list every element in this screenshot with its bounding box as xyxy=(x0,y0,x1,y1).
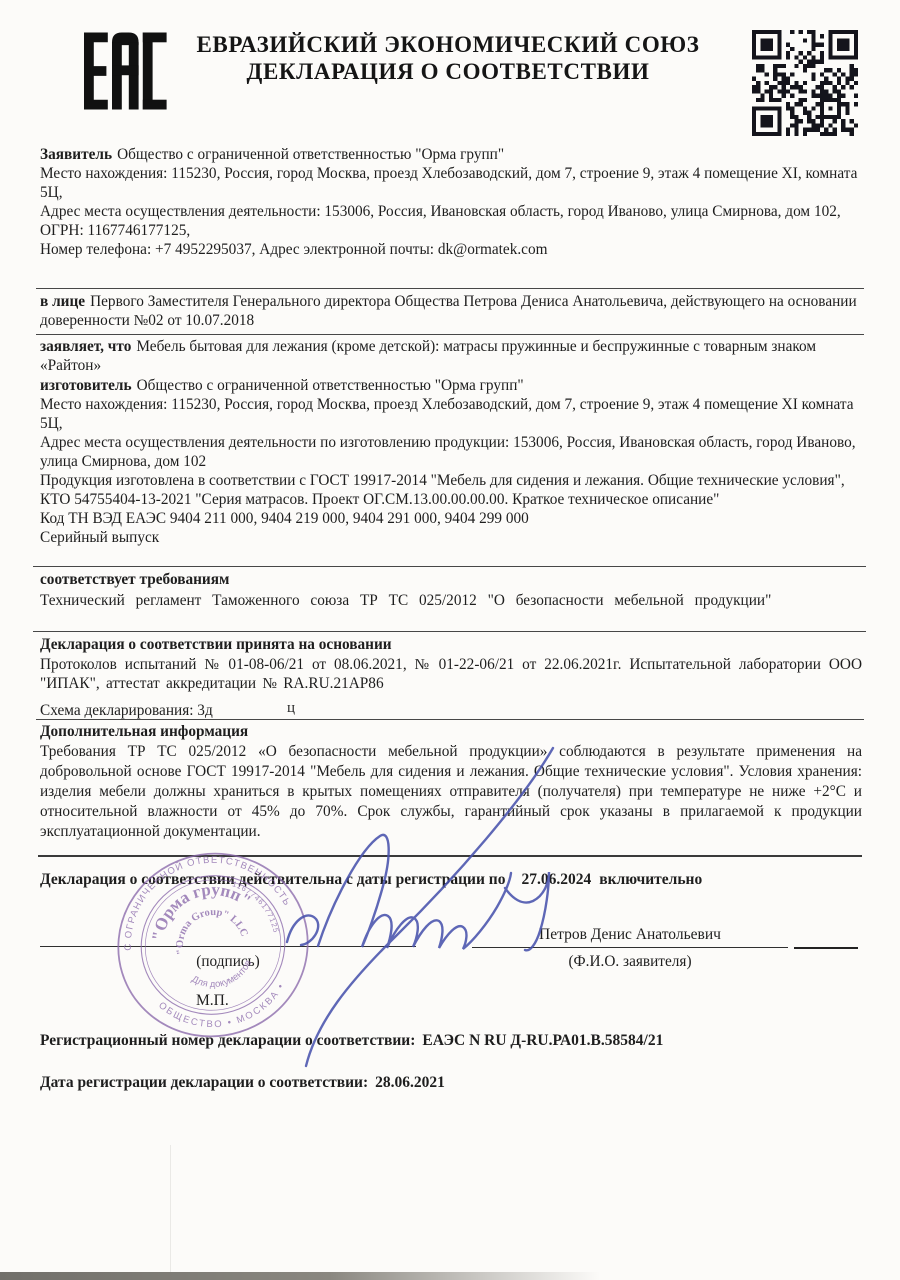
basis-heading: Декларация о соответствии принята на осн… xyxy=(40,635,862,654)
name-underline xyxy=(472,947,788,948)
representative-line: в лицеПервого Заместителя Генерального д… xyxy=(40,292,862,330)
registration-number: ЕАЭС N RU Д-RU.РА01.В.58584/21 xyxy=(422,1032,663,1049)
qr-code xyxy=(752,30,858,136)
applicant-label: Заявитель xyxy=(40,146,112,163)
validity-text: Декларация о соответствии действительна … xyxy=(40,871,505,888)
divider-rule xyxy=(36,288,864,289)
compliance-text: Технический регламент Таможенного союза … xyxy=(40,591,862,610)
page-title: ЕВРАЗИЙСКИЙ ЭКОНОМИЧЕСКИЙ СОЮЗ ДЕКЛАРАЦИ… xyxy=(168,31,728,85)
applicant-line: ЗаявительОбщество с ограниченной ответст… xyxy=(40,145,862,164)
validity-line: Декларация о соответствии действительна … xyxy=(40,871,862,889)
manufacturer-address: Место нахождения: 115230, Россия, город … xyxy=(40,395,862,433)
declares-line: заявляет, чтоМебель бытовая для лежания … xyxy=(40,337,862,375)
divider-rule xyxy=(33,631,866,632)
validity-tail: включительно xyxy=(599,871,702,888)
scheme-line: Схема декларирования: 3д xyxy=(40,701,862,720)
manufacturer-tnved: Код ТН ВЭД ЕАЭС 9404 211 000, 9404 219 0… xyxy=(40,509,862,528)
scan-edge-shadow xyxy=(0,1272,600,1280)
manufacturer-label: изготовитель xyxy=(40,377,132,394)
manufacturer-gost: Продукция изготовлена в соответствии с Г… xyxy=(40,471,862,509)
registration-date-label: Дата регистрации декларации о соответств… xyxy=(40,1074,368,1091)
representative-section: в лицеПервого Заместителя Генерального д… xyxy=(40,292,862,330)
registration-number-label: Регистрационный номер декларации о соотв… xyxy=(40,1032,415,1049)
applicant-address: Место нахождения: 115230, Россия, город … xyxy=(40,164,862,202)
declarant-name: Петров Денис Анатольевич xyxy=(470,926,790,944)
validity-date: 27.06.2024 xyxy=(521,871,591,888)
manufacturer-name: Общество с ограниченной ответственностью… xyxy=(137,377,524,394)
title-line-2: ДЕКЛАРАЦИЯ О СООТВЕТСТВИИ xyxy=(168,58,728,85)
name-underline-segment xyxy=(794,947,858,949)
compliance-heading: соответствует требованиям xyxy=(40,570,862,589)
stray-mark: ц xyxy=(287,700,295,717)
manufacturer-release: Серийный выпуск xyxy=(40,528,862,547)
applicant-ogrn: ОГРН: 1167746177125, xyxy=(40,221,862,240)
applicant-contacts: Номер телефона: +7 4952295037, Адрес эле… xyxy=(40,240,862,259)
manufacturer-section: изготовительОбщество с ограниченной отве… xyxy=(40,376,862,547)
additional-text: Требования ТР ТС 025/2012 «О безопасност… xyxy=(40,742,862,842)
divider-rule xyxy=(38,855,862,857)
signature-line xyxy=(40,946,416,947)
divider-rule xyxy=(33,566,866,567)
representative-text: Первого Заместителя Генерального директо… xyxy=(40,293,857,329)
additional-heading: Дополнительная информация xyxy=(40,722,862,741)
applicant-name: Общество с ограниченной ответственностью… xyxy=(117,146,504,163)
divider-rule xyxy=(36,334,864,335)
manufacturer-line: изготовительОбщество с ограниченной отве… xyxy=(40,376,862,395)
stamp-place-label: М.П. xyxy=(196,992,229,1010)
registration-number-line: Регистрационный номер декларации о соотв… xyxy=(40,1032,862,1050)
applicant-section: ЗаявительОбщество с ограниченной ответст… xyxy=(40,145,862,259)
applicant-activity-address: Адрес места осуществления деятельности: … xyxy=(40,202,862,221)
registration-date-line: Дата регистрации декларации о соответств… xyxy=(40,1074,862,1092)
divider-rule xyxy=(36,719,864,720)
title-line-1: ЕВРАЗИЙСКИЙ ЭКОНОМИЧЕСКИЙ СОЮЗ xyxy=(168,31,728,58)
registration-date: 28.06.2021 xyxy=(375,1074,445,1091)
manufacturer-production-address: Адрес места осуществления деятельности п… xyxy=(40,433,862,471)
declares-section: заявляет, чтоМебель бытовая для лежания … xyxy=(40,337,862,375)
paper-crease xyxy=(170,1145,171,1280)
basis-text: Протоколов испытаний № 01-08-06/21 от 08… xyxy=(40,655,862,693)
signature-caption: (подпись) xyxy=(40,953,416,971)
representative-label: в лице xyxy=(40,293,85,310)
declares-text: Мебель бытовая для лежания (кроме детско… xyxy=(40,338,816,374)
eac-logo-icon xyxy=(84,26,168,116)
declares-label: заявляет, что xyxy=(40,338,131,355)
name-caption: (Ф.И.О. заявителя) xyxy=(470,953,790,971)
declaration-document: ЕВРАЗИЙСКИЙ ЭКОНОМИЧЕСКИЙ СОЮЗ ДЕКЛАРАЦИ… xyxy=(0,0,900,1280)
